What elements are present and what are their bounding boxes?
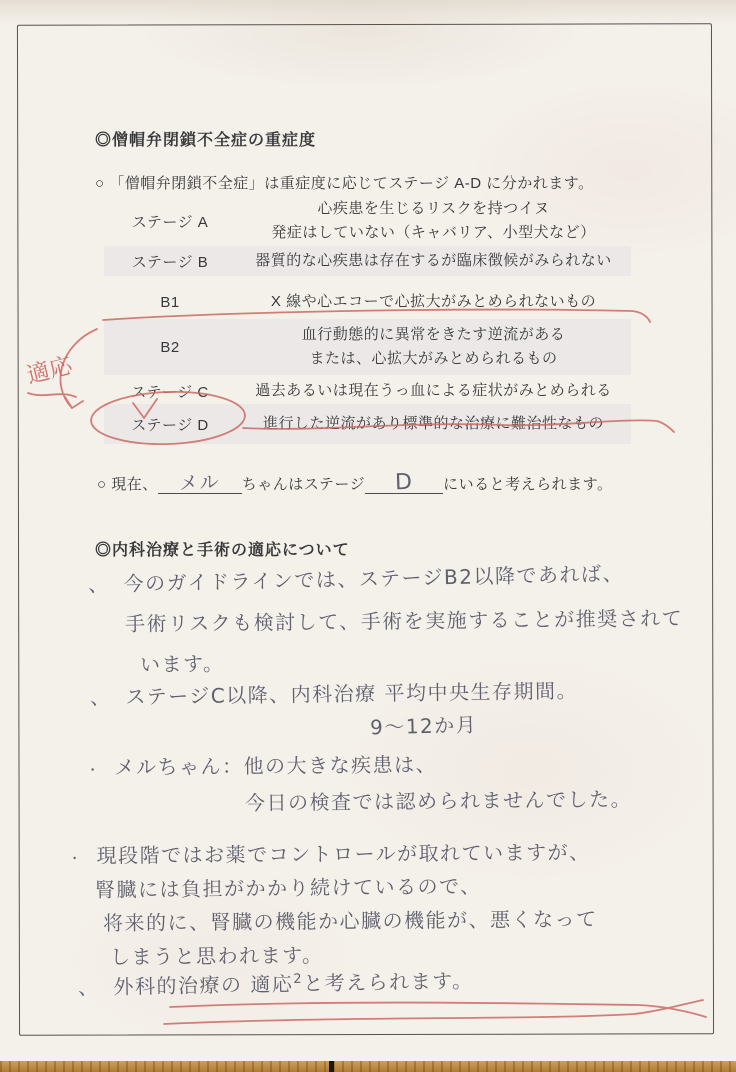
stage-value-blank: D: [365, 474, 443, 494]
stage-label: ステージ C: [104, 381, 236, 402]
pet-name-blank: メル: [158, 474, 242, 494]
table-row-stage-c: ステージ C 過去あるいは現在うっ血による症状がみとめられる: [104, 379, 631, 403]
table-row-stage-b1: B1 X 線や心エコーで心拡大がみとめられないもの: [104, 287, 631, 317]
stage-description: 過去あるいは現在うっ血による症状がみとめられる: [236, 379, 631, 403]
stage-description-line: 心疾患を生じるリスクを持つイヌ: [236, 197, 631, 221]
stage-label: ステージ B: [104, 251, 236, 272]
photo-top-shadow: [0, 0, 736, 24]
section2-title: ◎内科治療と手術の適応について: [95, 537, 350, 560]
stage-value-handwritten: D: [395, 474, 414, 493]
handwritten-note: 手術リスクも検討して、手術を実施することが推奨されて: [125, 602, 683, 637]
sentence-prefix: ○ 現在、: [97, 473, 158, 494]
stage-description: 血行動態的に異常をきたす逆流がある または、心拡大がみとめられるもの: [236, 323, 631, 371]
stage-description-line: 血行動態的に異常をきたす逆流がある: [236, 323, 631, 347]
superscript-2: 2: [293, 972, 303, 987]
document-title: ◎僧帽弁閉鎖不全症の重症度: [95, 127, 316, 150]
stage-label: B1: [104, 294, 236, 311]
sentence-middle: ちゃんはステージ: [242, 473, 365, 494]
intro-line: ○ 「僧帽弁閉鎖不全症」は重症度に応じてステージ A-D に分かれます。: [95, 172, 594, 193]
stage-description: X 線や心エコーで心拡大がみとめられないもの: [236, 290, 631, 314]
wood-table-seam: [329, 1061, 334, 1072]
table-row-stage-a: ステージ A 心疾患を生じるリスクを持つイヌ 発症はしていない（キャバリア、小型…: [104, 196, 631, 246]
handwritten-note: ・メルちゃん：他の大きな疾患は、: [86, 748, 437, 780]
handwritten-note: 9〜12か月: [370, 709, 478, 741]
stage-description: 心疾患を生じるリスクを持つイヌ 発症はしていない（キャバリア、小型犬など）: [236, 197, 631, 245]
stage-label: ステージ A: [104, 211, 236, 232]
stage-description-line: 発症はしていない（キャバリア、小型犬など）: [236, 221, 631, 245]
stage-label: ステージ D: [104, 414, 236, 435]
stage-description: 器質的な心疾患は存在するが臨床徴候がみられない: [236, 249, 631, 273]
photographed-document: ◎僧帽弁閉鎖不全症の重症度 ○ 「僧帽弁閉鎖不全症」は重症度に応じてステージ A…: [0, 0, 736, 1072]
sentence-suffix: にいると考えられます。: [443, 473, 612, 494]
wood-table-surface: [0, 1061, 736, 1072]
table-row-stage-b2: B2 血行動態的に異常をきたす逆流がある または、心拡大がみとめられるもの: [104, 319, 631, 375]
stage-description: 進行した逆流があり標準的な治療に難治性なもの: [236, 412, 631, 436]
table-row-stage-d: ステージ D 進行した逆流があり標準的な治療に難治性なもの: [104, 404, 631, 444]
stage-label: B2: [104, 339, 236, 356]
handwritten-note: ・現段階ではお薬でコントロールが取れていますが、: [68, 836, 591, 869]
table-row-stage-b: ステージ B 器質的な心疾患は存在するが臨床徴候がみられない: [104, 246, 631, 276]
handwritten-note: 将来的に、腎臓の機能か心臓の機能が、悪くなって: [103, 903, 598, 936]
handwritten-note: います。: [140, 647, 225, 677]
handwritten-note: 今日の検査では認められませんでした。: [245, 783, 632, 816]
stage-description-line: または、心拡大がみとめられるもの: [236, 347, 631, 371]
handwritten-note: しまうと思われます。: [110, 939, 324, 970]
handwritten-note: 腎臓には負担がかかり続けているので、: [95, 870, 482, 903]
current-stage-sentence: ○ 現在、 メル ちゃんはステージ D にいると考えられます。: [97, 473, 612, 494]
pet-name-handwritten: メル: [179, 473, 221, 492]
severity-table: ステージ A 心疾患を生じるリスクを持つイヌ 発症はしていない（キャバリア、小型…: [104, 196, 631, 444]
